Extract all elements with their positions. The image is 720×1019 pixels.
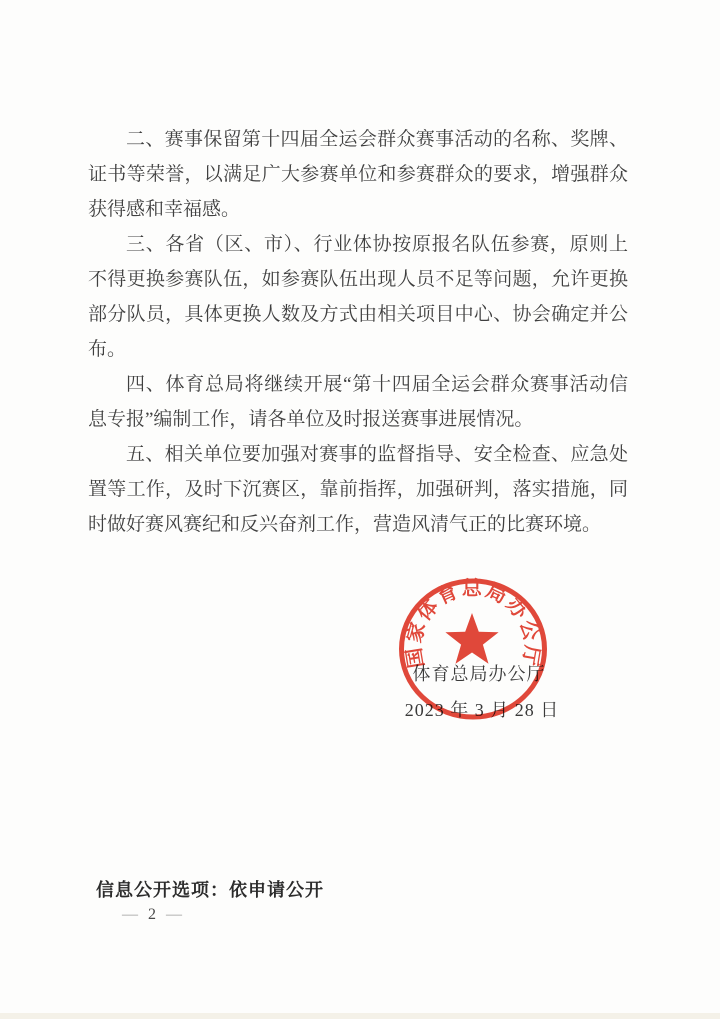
seal-star-icon bbox=[445, 613, 498, 664]
scan-edge-strip bbox=[0, 1013, 720, 1019]
official-seal: 国家体育总局办公厅 bbox=[396, 577, 550, 727]
paragraph-4: 四、体育总局将继续开展“第十四届全运会群众赛事活动信息专报”编制工作，请各单位及… bbox=[88, 367, 628, 437]
page-number-dash-right: — bbox=[166, 906, 182, 923]
footer-disclosure-note: 信息公开选项：依申请公开 bbox=[96, 876, 324, 902]
page-number: —2— bbox=[112, 906, 192, 924]
paragraph-3: 三、各省（区、市）、行业体协按原报名队伍参赛，原则上不得更换参赛队伍，如参赛队伍… bbox=[88, 227, 628, 367]
page-number-value: 2 bbox=[148, 906, 156, 923]
document-body: 二、赛事保留第十四届全运会群众赛事活动的名称、奖牌、证书等荣誉，以满足广大参赛单… bbox=[88, 122, 628, 542]
page-number-dash-left: — bbox=[122, 906, 138, 923]
document-page: 二、赛事保留第十四届全运会群众赛事活动的名称、奖牌、证书等荣誉，以满足广大参赛单… bbox=[0, 0, 720, 1019]
paragraph-2: 二、赛事保留第十四届全运会群众赛事活动的名称、奖牌、证书等荣誉，以满足广大参赛单… bbox=[88, 122, 628, 227]
paragraph-5: 五、相关单位要加强对赛事的监督指导、安全检查、应急处置等工作，及时下沉赛区，靠前… bbox=[88, 437, 628, 542]
